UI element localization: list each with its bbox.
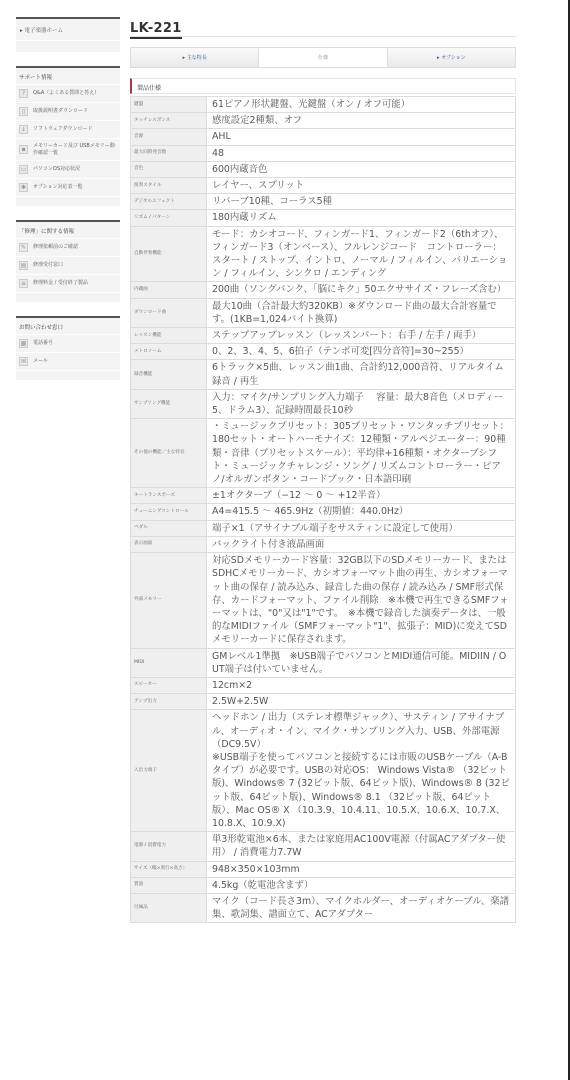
table-row: チューニングコントロールA4=415.5 ～ 465.9Hz（初期値：440.0…	[131, 504, 516, 520]
spec-value: ・ミュージックプリセット：305プリセット・ワンタッチプリセット：180セット・…	[207, 419, 516, 488]
sidebar-item-label: ソフトウェアダウンロード	[33, 126, 92, 133]
spec-label: サイズ（幅×奥行×高さ）	[131, 861, 207, 877]
spec-value: リバーブ10種、コーラス5種	[207, 194, 516, 210]
spec-value: 6トラック×5曲、レッスン曲1曲、合計約12,000音符、リアルタイム録音 / …	[207, 360, 516, 389]
table-row: 演奏スタイルレイヤー、スプリット	[131, 178, 516, 194]
spec-label: 音源	[131, 129, 207, 145]
spec-value: 200曲（ソングバンク、「脳にキク」50エクササイズ・フレーズ含む）	[207, 282, 516, 298]
tab-options[interactable]: ▸ オプション	[388, 48, 515, 67]
spec-value: 単3形乾電池×6本、または家庭用AC100V電源（付属ACアダプター使用） / …	[207, 832, 516, 861]
memory-card-icon: ▪	[19, 145, 28, 154]
fee-icon: ≡	[19, 279, 28, 288]
product-tabs: ▸ 主な特長 仕様 ▸ オプション	[130, 47, 516, 68]
spec-label: タッチレスポンス	[131, 113, 207, 129]
table-row: 外部メモリー対応SDメモリーカード容量：32GB以下のSDメモリーカード、または…	[131, 553, 516, 648]
table-row: サンプリング機能入力：マイク/サンプリング入力端子 容量：最大8音色（メロディー…	[131, 389, 516, 418]
spec-label: デジタルエフェクト	[131, 194, 207, 210]
sidebar: ▸ 電子楽器ホーム サポート情報 ? Q&A（よくある質問と答え） ▯ 取扱説明…	[16, 17, 120, 394]
table-row: アンプ出力2.5W+2.5W	[131, 694, 516, 710]
spec-label: 質量	[131, 877, 207, 893]
sidebar-item-memory-compat[interactable]: ▪ メモリーカード及び USBメモリー動作確認一覧	[16, 138, 120, 160]
spec-label: 内蔵曲	[131, 282, 207, 298]
table-row: 表示画面バックライト付き液晶画面	[131, 536, 516, 552]
spec-value: 12cm×2	[207, 677, 516, 693]
spec-label: サンプリング機能	[131, 389, 207, 418]
mail-icon: ✉	[19, 357, 28, 366]
spec-value: 対応SDメモリーカード容量：32GB以下のSDメモリーカード、またはSDHCメモ…	[207, 553, 516, 648]
sidebar-contact-block: お問い合わせ窓口 ▦ 電話番号 ✉ メール	[16, 316, 120, 380]
sidebar-repair-heading: 「修理」に関する情報	[16, 222, 120, 238]
divider	[130, 36, 516, 37]
sidebar-repair-block: 「修理」に関する情報 ✎ 修理依頼前のご確認 ▤ 修理受付窓口 ≡ 修理料金 /…	[16, 220, 120, 302]
spec-value: 180内蔵リズム	[207, 210, 516, 226]
spec-value: GMレベル1準拠 ※USB端子でパソコンとMIDI通信可能。MIDIIN / O…	[207, 648, 516, 677]
spec-value: 最大10曲（合計最大約320KB）※ダウンロード曲の最大合計容量です。(1KB=…	[207, 298, 516, 327]
sidebar-item-label: 修理料金 / 受付終了製品	[33, 280, 88, 287]
spacer	[16, 370, 120, 380]
sidebar-item-label: メモリーカード及び USBメモリー動作確認一覧	[33, 143, 117, 156]
tab-features[interactable]: ▸ 主な特長	[131, 48, 259, 67]
table-row: メトロノーム0、2、3、4、5、6拍子（テンポ可変[四分音符]=30~255）	[131, 344, 516, 360]
table-row: タッチレスポンス感度設定2種類、オフ	[131, 113, 516, 129]
table-row: 付属品マイク（コード長さ3m）、マイクホルダー、オーディオケーブル、楽譜集、歌詞…	[131, 893, 516, 922]
spec-value: 600内蔵音色	[207, 161, 516, 177]
sidebar-item-qa[interactable]: ? Q&A（よくある質問と答え）	[16, 84, 120, 102]
section-heading: 製品仕様	[130, 78, 516, 94]
table-row: 入出力端子ヘッドホン / 出力（ステレオ標準ジャック）、サスティン / アサイナ…	[131, 710, 516, 832]
sidebar-item-repair-fee[interactable]: ≡ 修理料金 / 受付終了製品	[16, 274, 120, 292]
spec-value: 入力：マイク/サンプリング入力端子 容量：最大8音色（メロディー5、ドラム3）、…	[207, 389, 516, 418]
spacer	[16, 292, 120, 302]
spec-label: MIDI	[131, 648, 207, 677]
spec-label: 音色	[131, 161, 207, 177]
spec-label: 電源 / 消費電力	[131, 832, 207, 861]
table-row: 最大同時発音数48	[131, 145, 516, 161]
spec-value: バックライト付き液晶画面	[207, 536, 516, 552]
sidebar-item-label: メール	[33, 358, 48, 365]
sidebar-item-pc-os[interactable]: ▭ パソコンOS対応状況	[16, 160, 120, 178]
spec-label: 録音機能	[131, 360, 207, 389]
spec-value: A4=415.5 ～ 465.9Hz（初期値：440.0Hz）	[207, 504, 516, 520]
sidebar-home-link[interactable]: ▸ 電子楽器ホーム	[16, 19, 120, 41]
spec-label: チューニングコントロール	[131, 504, 207, 520]
table-row: 内蔵曲200曲（ソングバンク、「脳にキク」50エクササイズ・フレーズ含む）	[131, 282, 516, 298]
sidebar-support-block: サポート情報 ? Q&A（よくある質問と答え） ▯ 取扱説明書ダウンロード ↓ …	[16, 66, 120, 206]
sidebar-item-label: Q&A（よくある質問と答え）	[33, 90, 99, 97]
spec-value: 48	[207, 145, 516, 161]
spec-label: 演奏スタイル	[131, 178, 207, 194]
spec-value: モード：カシオコード、フィンガード1、フィンガード2（6thオフ）、フィンガード…	[207, 226, 516, 282]
spec-value: 感度設定2種類、オフ	[207, 113, 516, 129]
spec-label: アンプ出力	[131, 694, 207, 710]
sidebar-item-options-list[interactable]: ✱ オプション対応表一覧	[16, 178, 120, 196]
sidebar-item-software-download[interactable]: ↓ ソフトウェアダウンロード	[16, 120, 120, 138]
manual-icon: ▯	[19, 107, 28, 116]
spec-label: レッスン機能	[131, 328, 207, 344]
table-row: 音源AHL	[131, 129, 516, 145]
option-icon: ✱	[19, 183, 28, 192]
spec-label: 外部メモリー	[131, 553, 207, 648]
spec-label: 入出力端子	[131, 710, 207, 832]
table-row: リズム / パターン180内蔵リズム	[131, 210, 516, 226]
table-row: レッスン機能ステップアップレッスン（レッスンパート：右手 / 左手 / 両手）	[131, 328, 516, 344]
reception-icon: ▤	[19, 261, 28, 270]
table-row: その他の機能／主な特長・ミュージックプリセット：305プリセット・ワンタッチプリ…	[131, 419, 516, 488]
sidebar-support-heading: サポート情報	[16, 68, 120, 84]
spec-label: スピーカー	[131, 677, 207, 693]
spec-value: 端子×1（アサイナブル端子をサスティンに設定して使用）	[207, 520, 516, 536]
spec-value: 61ピアノ形状鍵盤、光鍵盤（オン / オフ可能）	[207, 97, 516, 113]
spec-value: マイク（コード長さ3m）、マイクホルダー、オーディオケーブル、楽譜集、歌詞集、譜…	[207, 893, 516, 922]
spec-label: 表示画面	[131, 536, 207, 552]
spec-label: その他の機能／主な特長	[131, 419, 207, 488]
table-row: 鍵盤61ピアノ形状鍵盤、光鍵盤（オン / オフ可能）	[131, 97, 516, 113]
question-icon: ?	[19, 89, 28, 98]
table-row: 質量4.5kg（乾電池含まず）	[131, 877, 516, 893]
phone-icon: ▦	[19, 339, 28, 348]
sidebar-item-label: オプション対応表一覧	[33, 184, 83, 191]
spec-label: メトロノーム	[131, 344, 207, 360]
spec-value: 0、2、3、4、5、6拍子（テンポ可変[四分音符]=30~255）	[207, 344, 516, 360]
tab-specs[interactable]: 仕様	[259, 48, 387, 67]
sidebar-item-repair-check[interactable]: ✎ 修理依頼前のご確認	[16, 238, 120, 256]
table-row: ダウンロード曲最大10曲（合計最大約320KB）※ダウンロード曲の最大合計容量で…	[131, 298, 516, 327]
spec-label: ペダル	[131, 520, 207, 536]
sidebar-item-manual-download[interactable]: ▯ 取扱説明書ダウンロード	[16, 102, 120, 120]
spec-label: 最大同時発音数	[131, 145, 207, 161]
sidebar-item-label: 電話番号	[33, 340, 53, 347]
sidebar-item-label: パソコンOS対応状況	[33, 166, 80, 173]
spec-value: ステップアップレッスン（レッスンパート：右手 / 左手 / 両手）	[207, 328, 516, 344]
table-row: MIDIGMレベル1準拠 ※USB端子でパソコンとMIDI通信可能。MIDIIN…	[131, 648, 516, 677]
table-row: 録音機能6トラック×5曲、レッスン曲1曲、合計約12,000音符、リアルタイム録…	[131, 360, 516, 389]
spec-label: 鍵盤	[131, 97, 207, 113]
sidebar-item-repair-reception[interactable]: ▤ 修理受付窓口	[16, 256, 120, 274]
spacer	[16, 41, 120, 52]
table-row: キートランスポーズ±1オクターブ（−12 ～ 0 ～ +12半音）	[131, 488, 516, 504]
spec-label: ダウンロード曲	[131, 298, 207, 327]
table-row: デジタルエフェクトリバーブ10種、コーラス5種	[131, 194, 516, 210]
spec-value: ±1オクターブ（−12 ～ 0 ～ +12半音）	[207, 488, 516, 504]
spec-label: キートランスポーズ	[131, 488, 207, 504]
spec-value: 2.5W+2.5W	[207, 694, 516, 710]
spec-label: リズム / パターン	[131, 210, 207, 226]
table-row: 電源 / 消費電力単3形乾電池×6本、または家庭用AC100V電源（付属ACアダ…	[131, 832, 516, 861]
sidebar-item-label: 修理受付窓口	[33, 262, 63, 269]
sidebar-contact-heading: お問い合わせ窓口	[16, 318, 120, 334]
spec-label: 付属品	[131, 893, 207, 922]
table-row: スピーカー12cm×2	[131, 677, 516, 693]
spec-table: 鍵盤61ピアノ形状鍵盤、光鍵盤（オン / オフ可能）タッチレスポンス感度設定2種…	[130, 96, 516, 923]
sidebar-item-label: 修理依頼前のご確認	[33, 244, 78, 251]
sidebar-item-phone[interactable]: ▦ 電話番号	[16, 334, 120, 352]
download-icon: ↓	[19, 125, 28, 134]
sidebar-home-block: ▸ 電子楽器ホーム	[16, 17, 120, 52]
spec-value: 4.5kg（乾電池含まず）	[207, 877, 516, 893]
spec-value: 948×350×103mm	[207, 861, 516, 877]
table-row: ペダル端子×1（アサイナブル端子をサスティンに設定して使用）	[131, 520, 516, 536]
table-row: サイズ（幅×奥行×高さ）948×350×103mm	[131, 861, 516, 877]
spec-value: レイヤー、スプリット	[207, 178, 516, 194]
spacer	[16, 196, 120, 206]
table-row: 音色600内蔵音色	[131, 161, 516, 177]
spec-value: AHL	[207, 129, 516, 145]
spec-table-body: 鍵盤61ピアノ形状鍵盤、光鍵盤（オン / オフ可能）タッチレスポンス感度設定2種…	[131, 97, 516, 923]
table-row: 自動伴奏機能モード：カシオコード、フィンガード1、フィンガード2（6thオフ）、…	[131, 226, 516, 282]
sidebar-item-label: 取扱説明書ダウンロード	[33, 108, 88, 115]
sidebar-item-mail[interactable]: ✉ メール	[16, 352, 120, 370]
spec-value: ヘッドホン / 出力（ステレオ標準ジャック）、サスティン / アサイナブル、オー…	[207, 710, 516, 832]
spec-label: 自動伴奏機能	[131, 226, 207, 282]
pc-icon: ▭	[19, 165, 28, 174]
wrench-icon: ✎	[19, 243, 28, 252]
